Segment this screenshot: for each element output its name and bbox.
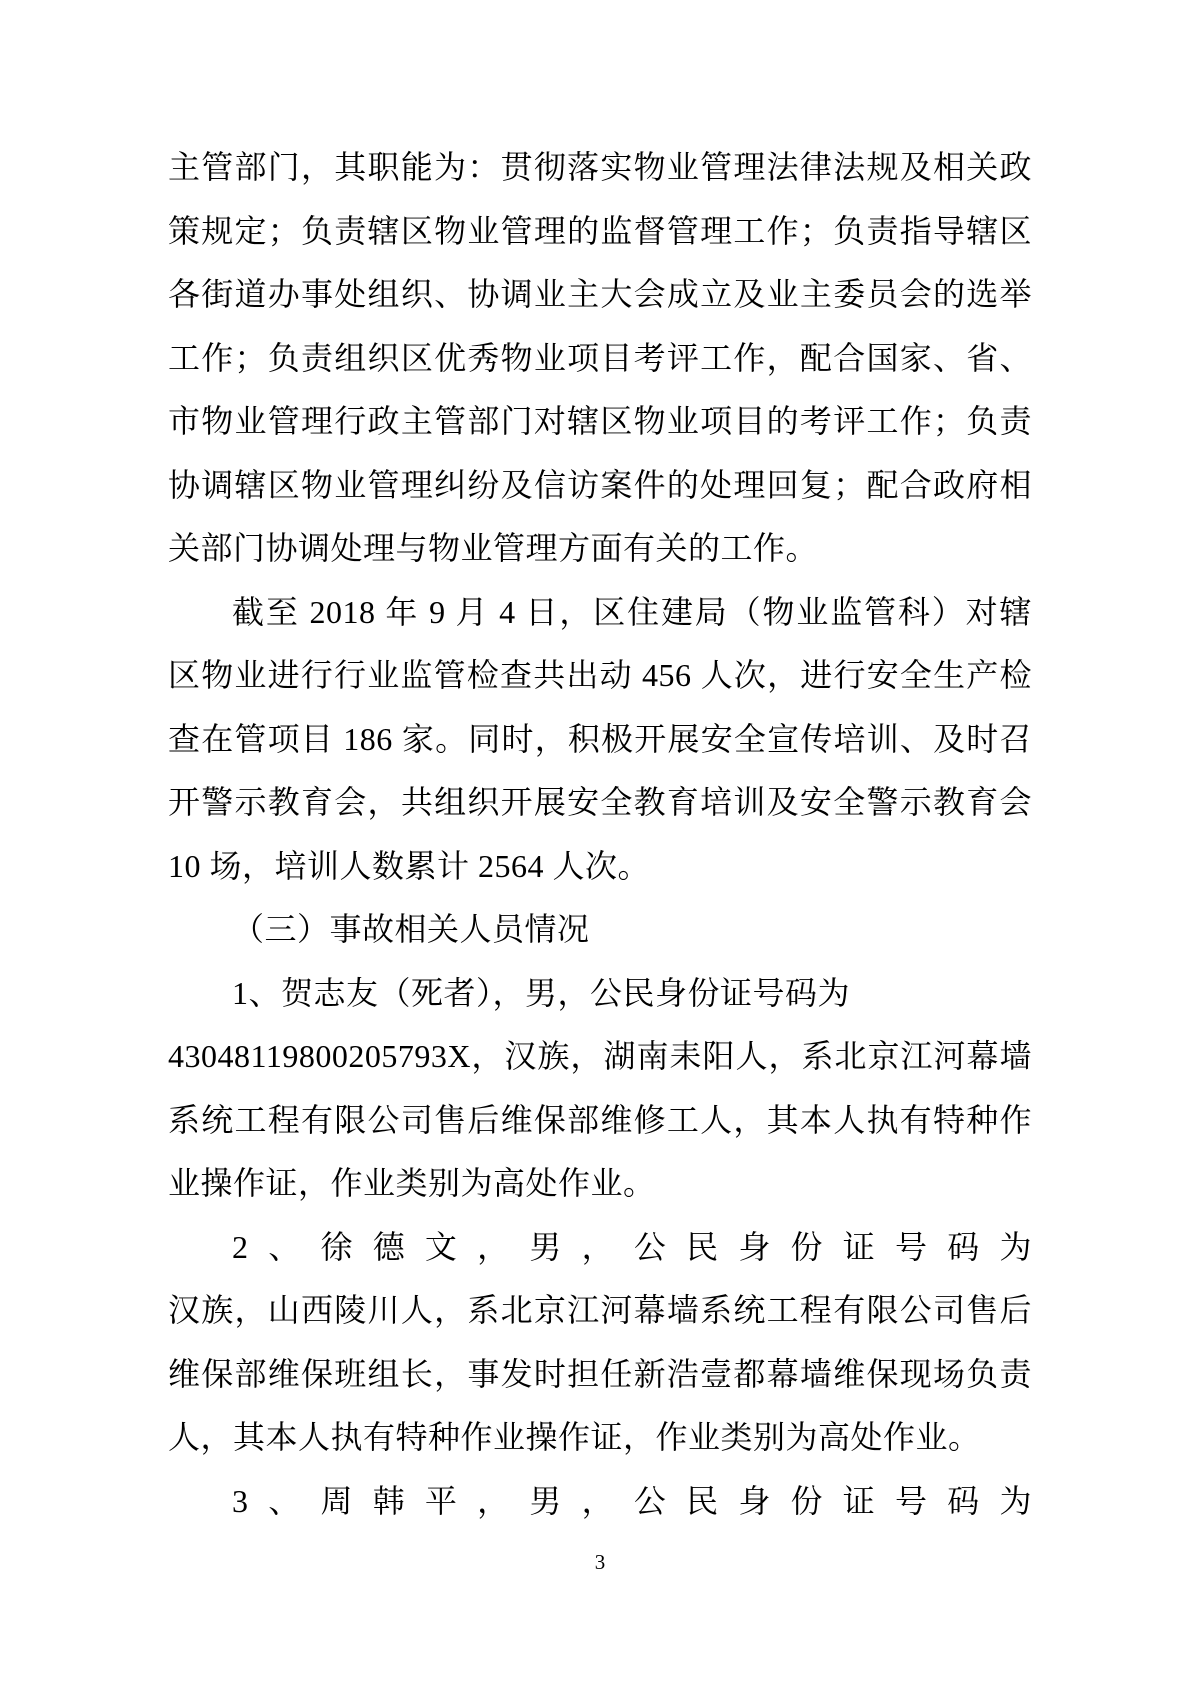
- text-line: 开警示教育会，共组织开展安全教育培训及安全警示教育会: [168, 771, 1032, 835]
- text-line: 3、周韩平，男，公民身份证号码为 110105196203017516，: [168, 1470, 1032, 1534]
- text-line: 系统工程有限公司售后维保部维修工人，其本人执有特种作: [168, 1089, 1032, 1153]
- text-line: 维保部维保班组长，事发时担任新浩壹都幕墙维保现场负责: [168, 1343, 1032, 1407]
- text-line: 市物业管理行政主管部门对辖区物业项目的考评工作；负责: [168, 390, 1032, 454]
- text-line: 截至 2018 年 9 月 4 日，区住建局（物业监管科）对辖: [168, 581, 1032, 645]
- text-line: 10 场，培训人数累计 2564 人次。: [168, 835, 1032, 899]
- section-heading: （三）事故相关人员情况: [168, 898, 1032, 962]
- text-line: 43048119800205793X，汉族，湖南耒阳人，系北京江河幕墙: [168, 1025, 1032, 1089]
- text-line: 查在管项目 186 家。同时，积极开展安全宣传培训、及时召: [168, 708, 1032, 772]
- text-line: 2、徐德文，男，公民身份证号码为 140524197812240511，: [168, 1216, 1032, 1280]
- document-body: 主管部门，其职能为：贯彻落实物业管理法律法规及相关政 策规定；负责辖区物业管理的…: [168, 136, 1032, 1533]
- text-line: 主管部门，其职能为：贯彻落实物业管理法律法规及相关政: [168, 136, 1032, 200]
- text-line: 关部门协调处理与物业管理方面有关的工作。: [168, 517, 1032, 581]
- text-line: 工作；负责组织区优秀物业项目考评工作，配合国家、省、: [168, 327, 1032, 391]
- text-line: 区物业进行行业监管检查共出动 456 人次，进行安全生产检: [168, 644, 1032, 708]
- page-number: 3: [168, 1549, 1032, 1575]
- text-line: 协调辖区物业管理纠纷及信访案件的处理回复；配合政府相: [168, 454, 1032, 518]
- text-line: 策规定；负责辖区物业管理的监督管理工作；负责指导辖区: [168, 200, 1032, 264]
- text-line: 人，其本人执有特种作业操作证，作业类别为高处作业。: [168, 1406, 1032, 1470]
- text-line: 汉族，山西陵川人，系北京江河幕墙系统工程有限公司售后: [168, 1279, 1032, 1343]
- text-line: 1、贺志友（死者），男，公民身份证号码为: [168, 962, 1032, 1026]
- text-line: 业操作证，作业类别为高处作业。: [168, 1152, 1032, 1216]
- document-page: 主管部门，其职能为：贯彻落实物业管理法律法规及相关政 策规定；负责辖区物业管理的…: [0, 0, 1199, 1696]
- text-line: 各街道办事处组织、协调业主大会成立及业主委员会的选举: [168, 263, 1032, 327]
